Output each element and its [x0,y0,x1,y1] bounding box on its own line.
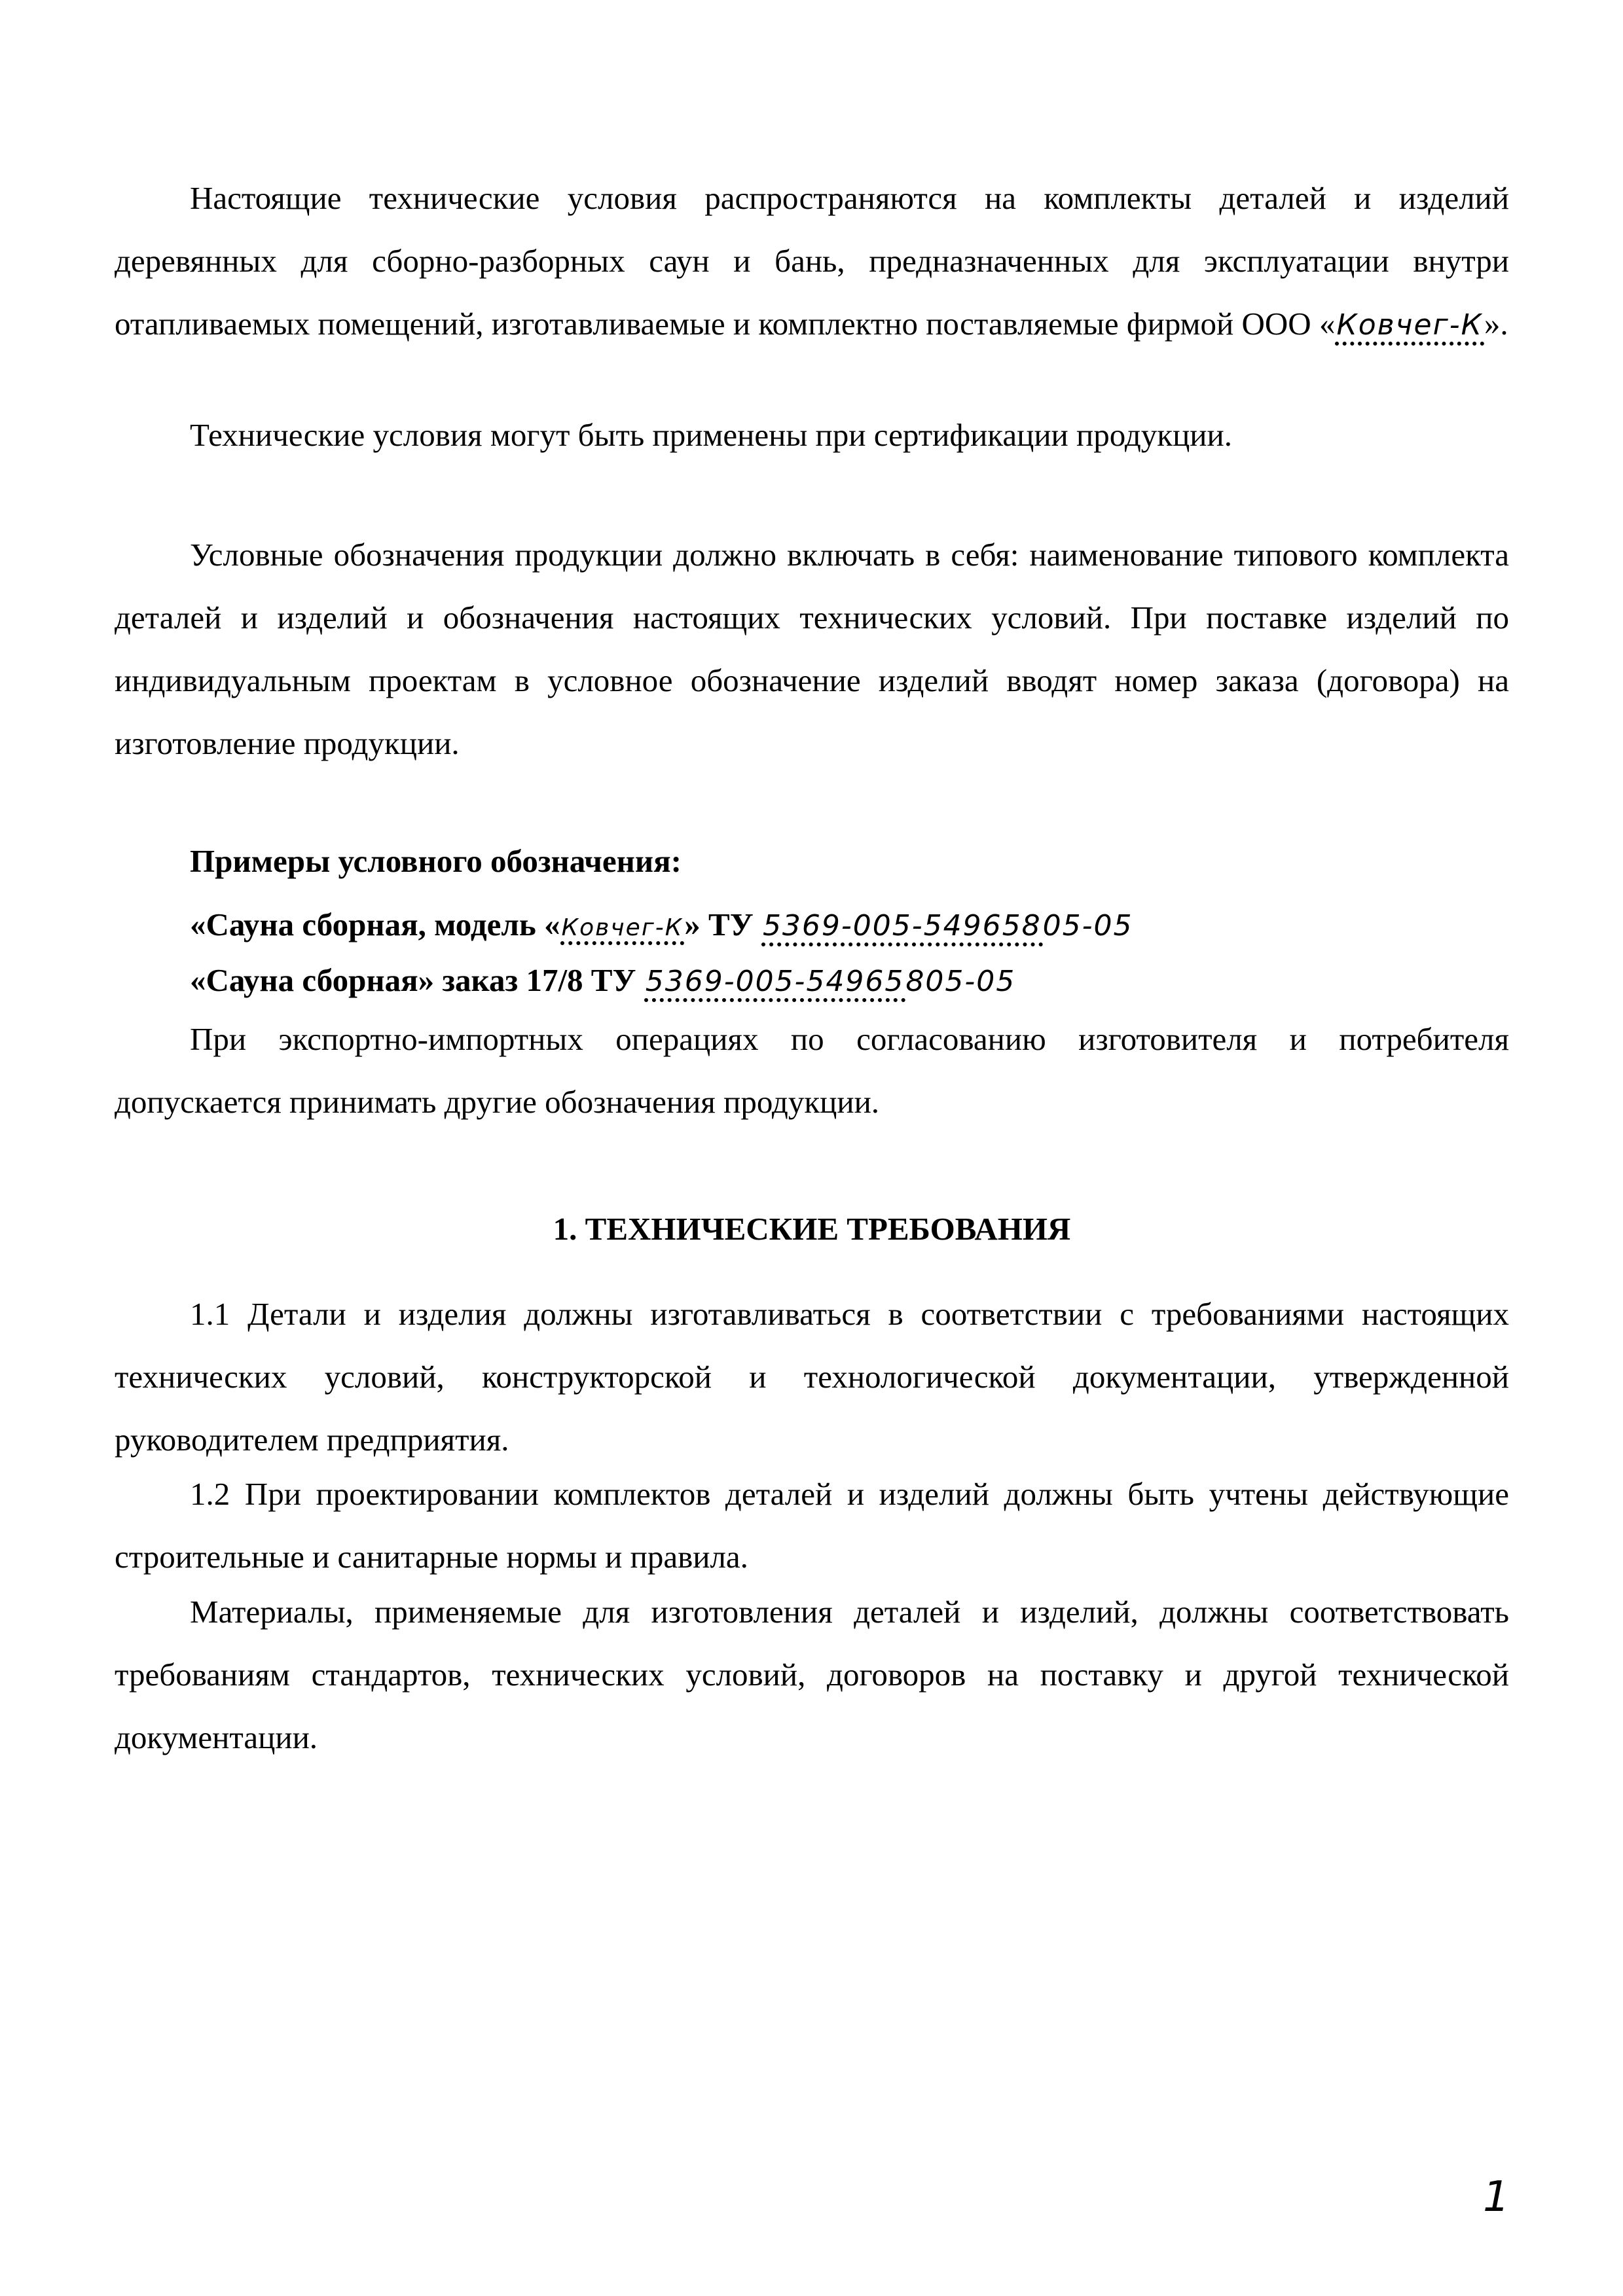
example2-prefix: «Сауна сборная» заказ 17/8 ТУ [190,962,644,998]
document-page: Настоящие технические условия распростра… [115,0,1509,2296]
company-name-handwritten: Ковчег-К [1335,308,1484,346]
intro-paragraph-certification: Технические условия могут быть применены… [115,404,1509,467]
intro-paragraph-scope: Настоящие технические условия распростра… [115,167,1509,355]
example1-model-handwritten: Ковчег-К [560,914,685,945]
intro-scope-text: Настоящие технические условия распростра… [115,180,1509,342]
example1-tu-overflow: 05-05 [1043,909,1133,942]
examples-heading: Примеры условного обозначения: [190,830,682,893]
quote-open: « [1319,306,1336,342]
clause-1-1-text: 1.1 Детали и изделия должны изготавливат… [115,1296,1509,1458]
example-line-2: «Сауна сборная» заказ 17/8 ТУ 5369-005-5… [190,949,1015,1012]
export-note-paragraph: При экспортно-импортных операциях по сог… [115,1008,1509,1134]
example1-prefix: «Сауна сборная, модель « [190,906,560,942]
clause-1-2: 1.2 При проектировании комплектов детале… [115,1463,1509,1588]
clause-1-1: 1.1 Детали и изделия должны изготавливат… [115,1283,1509,1471]
example2-tu-overflow: 805-05 [905,965,1015,998]
quote-close: ». [1484,306,1508,342]
materials-paragraph: Материалы, применяемые для изготовления … [115,1581,1509,1769]
materials-text: Материалы, применяемые для изготовления … [115,1594,1509,1755]
example2-tu-handwritten: 5369-005-54965 [644,965,906,1002]
example1-tu-handwritten: 5369-005-549658 [761,909,1043,946]
intro-paragraph-designation: Условные обозначения продукции должно вк… [115,524,1509,775]
page-number: 1 [1483,2176,1510,2218]
example1-suffix: » ТУ [684,906,761,942]
clause-1-2-text: 1.2 При проектировании комплектов детале… [115,1476,1509,1575]
designation-text: Условные обозначения продукции должно вк… [115,537,1509,761]
export-note-text: При экспортно-импортных операциях по сог… [115,1021,1509,1120]
certification-text: Технические условия могут быть применены… [190,417,1232,453]
example-line-1: «Сауна сборная, модель «Ковчег-К» ТУ 536… [190,893,1133,956]
section-heading: 1. ТЕХНИЧЕСКИЕ ТРЕБОВАНИЯ [115,1198,1509,1261]
